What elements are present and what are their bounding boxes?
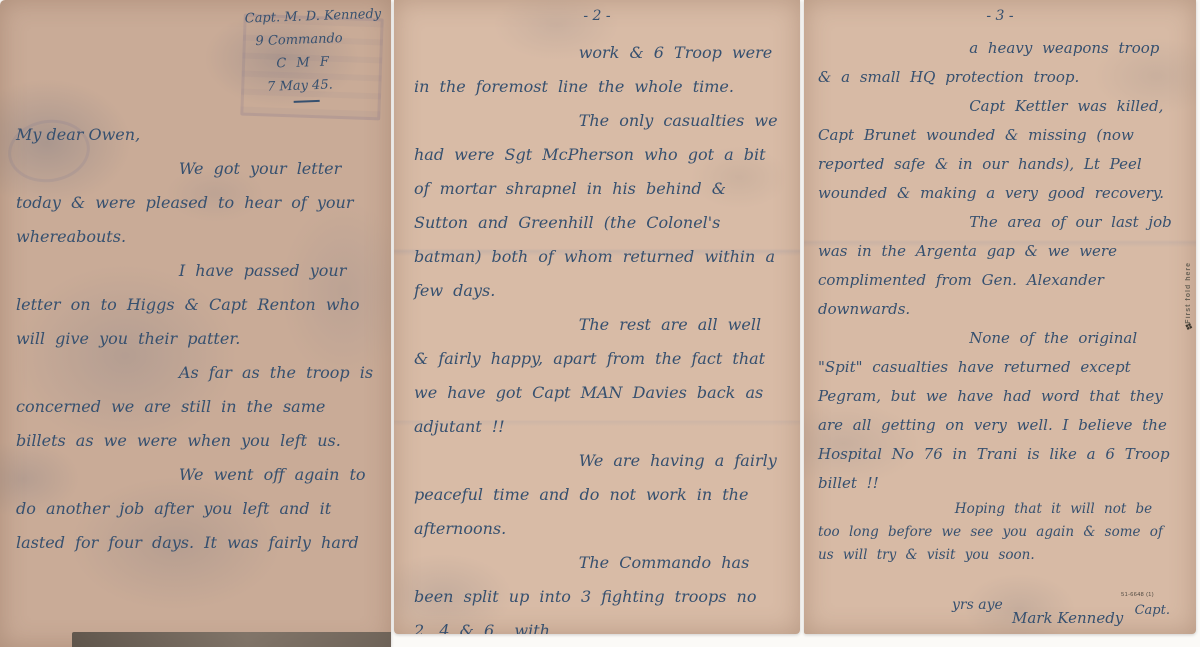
paragraph: work & 6 Troop were in the foremost line…: [414, 36, 780, 104]
signature: Mark Kennedy: [1012, 609, 1123, 627]
paragraph: Hoping that it will not be too long befo…: [818, 498, 1178, 567]
paragraph: I have passed your letter on to Higgs & …: [16, 254, 378, 356]
letter-date: 7 May 45.: [267, 72, 390, 99]
page-number: - 2 -: [394, 8, 800, 24]
desk-shadow-strip: [72, 632, 391, 647]
form-number: 51-6648 (1): [1121, 592, 1154, 598]
letter-page-1: Capt. M. D. Kennedy 9 Commando C M F 7 M…: [0, 0, 391, 647]
valediction: yrs aye: [952, 597, 1003, 613]
fold-ornament-icon: ❖: [1182, 321, 1194, 334]
page-number: - 3 -: [804, 8, 1196, 24]
letter-page-3: - 3 - a heavy weapons troop & a small HQ…: [804, 0, 1196, 634]
paragraph: The only casualties we had were Sgt McPh…: [414, 104, 780, 308]
paragraph: As far as the troop is concerned we are …: [16, 356, 378, 458]
fold-instruction: First fold here: [1185, 262, 1192, 324]
paragraph: We went off again to do another job afte…: [16, 458, 378, 560]
paragraph: The Commando has been split up into 3 fi…: [414, 546, 780, 634]
paragraph: The rest are all well & fairly happy, ap…: [414, 308, 780, 444]
paragraph: We got your letter today & were pleased …: [16, 152, 378, 254]
sender-address-block: Capt. M. D. Kennedy 9 Commando C M F 7 M…: [244, 3, 389, 105]
signature-rank: Capt.: [1135, 603, 1170, 618]
paragraph: None of the original "Spit" casualties h…: [818, 324, 1178, 498]
letter-page-2: - 2 - work & 6 Troop were in the foremos…: [394, 0, 800, 634]
paragraph: Capt Kettler was killed, Capt Brunet wou…: [818, 92, 1178, 208]
paragraph: The area of our last job was in the Arge…: [818, 208, 1178, 324]
paragraph: a heavy weapons troop & a small HQ prote…: [818, 34, 1178, 92]
page3-body: a heavy weapons troop & a small HQ prote…: [818, 34, 1178, 567]
page2-body: work & 6 Troop were in the foremost line…: [414, 36, 780, 634]
paragraph: We are having a fairly peaceful time and…: [414, 444, 780, 546]
page1-body: My dear Owen, We got your letter today &…: [16, 118, 378, 560]
salutation: My dear Owen,: [16, 118, 378, 152]
